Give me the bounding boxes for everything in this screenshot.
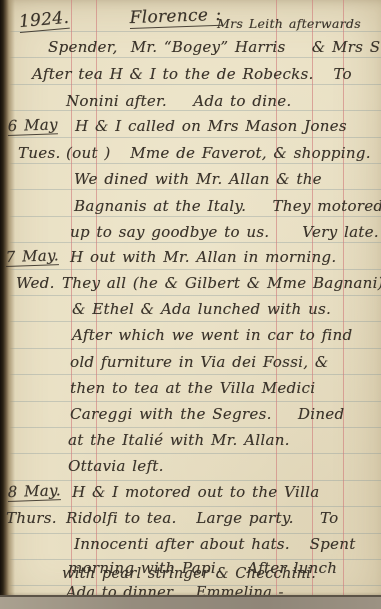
ruled-line: [0, 163, 381, 164]
heading-note: Mrs Leith afterwards: [217, 18, 361, 31]
day-label-thurs: Thurs.: [6, 511, 57, 526]
ruled-line: [0, 533, 381, 534]
date-label-7-may: 7 May.: [5, 248, 59, 267]
ruled-line: [0, 453, 381, 454]
ruled-line: [0, 110, 381, 111]
ruled-lines: [0, 0, 381, 597]
journal-line: Careggi with the Segres. Dined: [70, 407, 344, 422]
ruled-line: [0, 295, 381, 296]
ruled-line: [0, 321, 381, 322]
journal-line: H out with Mr. Allan in morning.: [70, 250, 336, 265]
journal-line: Ridolfi to tea. Large party. To: [66, 511, 338, 526]
ruled-line: [0, 427, 381, 428]
ruled-line: [0, 216, 381, 217]
day-label-wed: Wed.: [16, 276, 55, 291]
journal-line: Innocenti after about hats. Spent: [74, 537, 356, 552]
journal-line: old furniture in Via dei Fossi, &: [70, 355, 329, 370]
ruled-line: [0, 348, 381, 349]
ruled-line: [0, 269, 381, 270]
right-margin-line-3: [343, 0, 344, 599]
ruled-line: [0, 506, 381, 507]
ruled-line: [0, 137, 381, 138]
page-heading: Florence :: [129, 7, 221, 29]
journal-line: then to tea at the Villa Medici: [70, 381, 315, 396]
ruled-line: [0, 189, 381, 190]
journal-line: (out ) Mme de Faverot, & shopping.: [66, 146, 371, 161]
ruled-line: [0, 401, 381, 402]
day-label-tues: Tues.: [18, 146, 61, 161]
date-label-6-may: 6 May: [7, 117, 58, 136]
journal-line: They all (he & Gilbert & Mme Bagnani): [62, 276, 381, 291]
journal-line: Ottavia left.: [68, 459, 164, 474]
journal-line: H & I called on Mrs Mason Jones: [75, 119, 347, 134]
ruled-line: [0, 84, 381, 85]
journal-line: Spender, Mr. “Bogey” Harris & Mrs Sturt.…: [48, 40, 381, 55]
journal-line: After tea H & I to the de Robecks. To: [32, 67, 352, 82]
journal-line: H & I motored out to the Villa: [72, 485, 319, 500]
ruled-line: [0, 242, 381, 243]
ruled-line: [0, 374, 381, 375]
journal-line: & Ethel & Ada lunched with us.: [72, 302, 331, 317]
journal-line: After which we went in car to find: [72, 328, 352, 343]
journal-line: with pearl stringer & Checchini.: [62, 567, 316, 582]
journal-line: We dined with Mr. Allan & the: [74, 172, 322, 187]
journal-line: at the Italié with Mr. Allan.: [68, 433, 290, 448]
journal-line: Nonini after. Ada to dine.: [66, 94, 291, 109]
diary-page-scan: 1924. Florence : Mrs Leith afterwards 6 …: [0, 0, 381, 609]
page-bottom-edge: [0, 595, 381, 609]
ruled-line: [0, 31, 381, 32]
journal-line: Bagnanis at the Italy. They motored: [74, 199, 381, 214]
journal-line: up to say goodbye to us. Very late.: [70, 225, 379, 240]
date-label-8-may: 8 May.: [7, 483, 61, 502]
ruled-line: [0, 57, 381, 58]
